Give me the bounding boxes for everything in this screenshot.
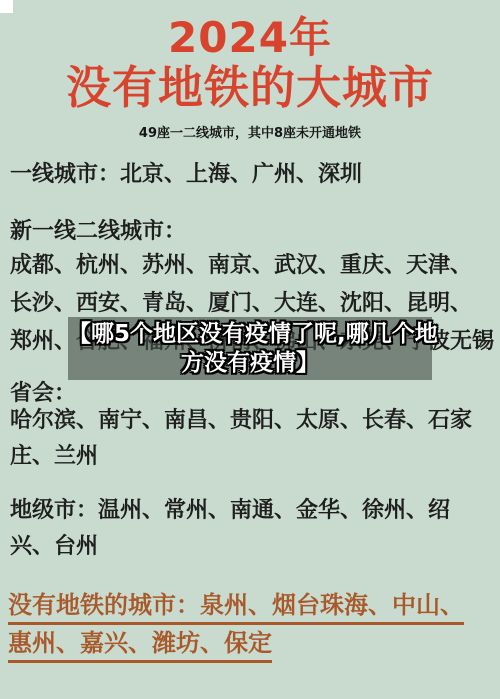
capital-line-1: 哈尔滨、南宁、南昌、贵阳、太原、长春、石家 bbox=[10, 407, 472, 435]
title-year: 2024年 bbox=[0, 14, 500, 62]
no-subway-line-2-text: 惠州、嘉兴、潍坊、保定 bbox=[8, 629, 272, 663]
new-tier-line-1: 成都、杭州、苏州、南京、武汉、重庆、天津、 bbox=[10, 252, 472, 280]
new-tier-line-2: 长沙、西安、青岛、厦门、大连、沈阳、昆明、 bbox=[10, 290, 472, 318]
corner-square bbox=[0, 0, 13, 13]
capital-line-2: 庄、兰州 bbox=[10, 443, 98, 471]
tier1-cities-line: 一线城市：北京、上海、广州、深圳 bbox=[10, 161, 362, 189]
prefecture-line-2: 兴、台州 bbox=[10, 533, 98, 561]
no-subway-line-1: 没有地铁的城市：泉州、烟台珠海、中山、 bbox=[8, 591, 464, 625]
caption-line-2: 方没有疫情】 bbox=[68, 349, 432, 378]
video-caption-overlay: 【哪5个地区没有疫情了呢,哪几个地 方没有疫情】 bbox=[68, 317, 432, 380]
caption-line-1: 【哪5个地区没有疫情了呢,哪几个地 bbox=[68, 320, 432, 349]
no-subway-line-1-text: 没有地铁的城市：泉州、烟台珠海、中山、 bbox=[8, 591, 464, 625]
new-tier-heading: 新一线二线城市： bbox=[10, 218, 186, 246]
subtitle: 49座一二线城市，其中8座未开通地铁 bbox=[0, 126, 500, 142]
title-main: 没有地铁的大城市 bbox=[0, 62, 500, 114]
prefecture-line-1: 地级市：温州、常州、南通、金华、徐州、绍 bbox=[10, 497, 450, 525]
capital-heading: 省会： bbox=[10, 380, 76, 408]
poster-root: 2024年 没有地铁的大城市 49座一二线城市，其中8座未开通地铁 一线城市：北… bbox=[0, 0, 500, 699]
no-subway-line-2: 惠州、嘉兴、潍坊、保定 bbox=[8, 629, 272, 663]
